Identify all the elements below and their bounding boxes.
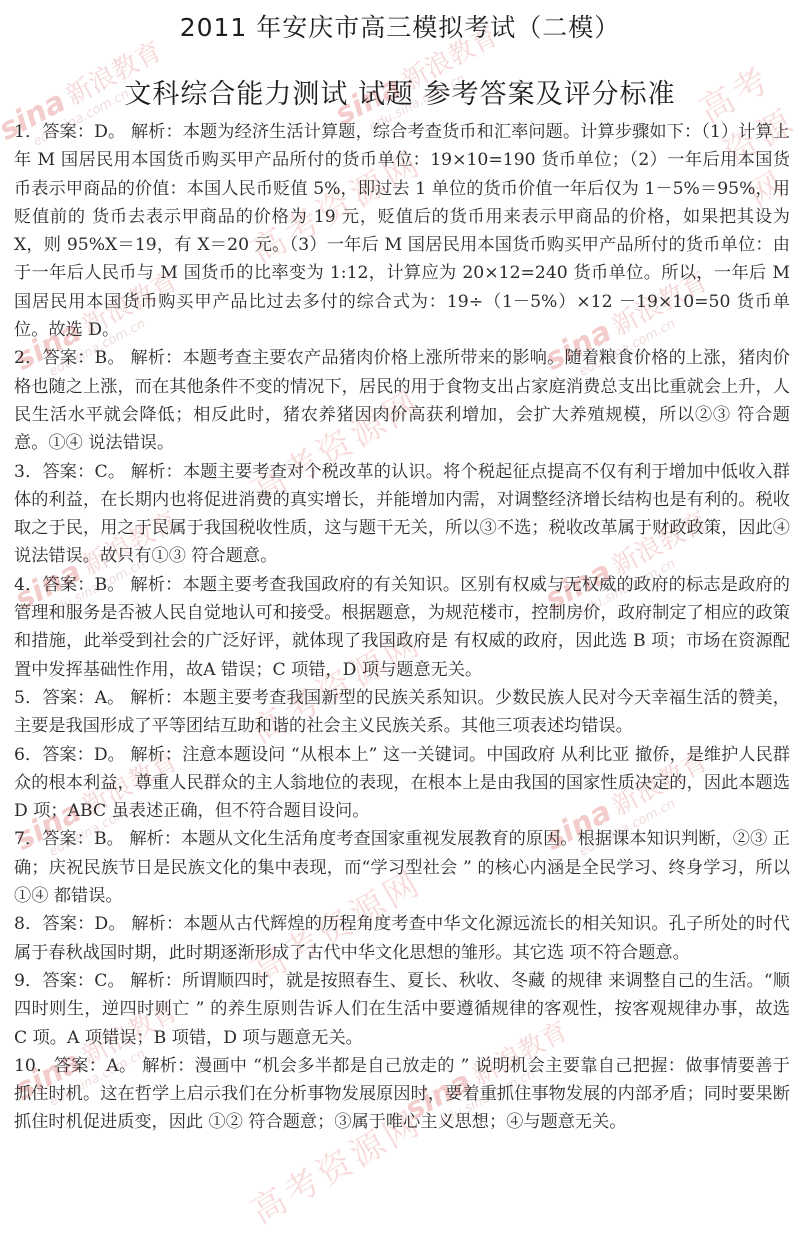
answer-item-1: 1．答案：D。 解析：本题为经济生活计算题，综合考查货币和汇率问题。计算步骤如下… xyxy=(14,118,790,344)
document-subtitle: 文科综合能力测试 试题 参考答案及评分标准 xyxy=(0,72,800,111)
answer-item-8: 8．答案：D。 解析：本题从古代辉煌的历程角度考查中华文化源远流长的相关知识。孔… xyxy=(14,910,790,967)
answer-item-10: 10．答案：A。 解析：漫画中 “机会多半都是自己放走的 ” 说明机会主要靠自己… xyxy=(14,1052,790,1137)
answer-item-6: 6．答案：D。 解析：注意本题设问 “从根本上” 这一关键词。中国政府 从利比亚… xyxy=(14,741,790,826)
answer-list: 1．答案：D。 解析：本题为经济生活计算题，综合考查货币和汇率问题。计算步骤如下… xyxy=(14,118,790,1137)
answer-item-9: 9．答案：C。 解析：所谓顺四时，就是按照春生、夏长、秋收、冬藏 的规律 来调整… xyxy=(14,967,790,1052)
answer-item-4: 4．答案：B。 解析：本题主要考查我国政府的有关知识。区别有权威与无权威的政府的… xyxy=(14,571,790,684)
answer-item-5: 5．答案：A。 解析：本题主要考查我国新型的民族关系知识。少数民族人民对今天幸福… xyxy=(14,684,790,741)
answer-item-3: 3．答案：C。 解析：本题主要考查对个税改革的认识。将个税起征点提高不仅有利于增… xyxy=(14,458,790,571)
answer-item-7: 7．答案：B。 解析：本题从文化生活角度考查国家重视发展教育的原因。根据课本知识… xyxy=(14,825,790,910)
document-title: 2011 年安庆市高三模拟考试（二模） xyxy=(0,8,800,44)
answer-item-2: 2．答案：B。 解析：本题考查主要农产品猪肉价格上涨所带来的影响。随着粮食价格的… xyxy=(14,344,790,457)
